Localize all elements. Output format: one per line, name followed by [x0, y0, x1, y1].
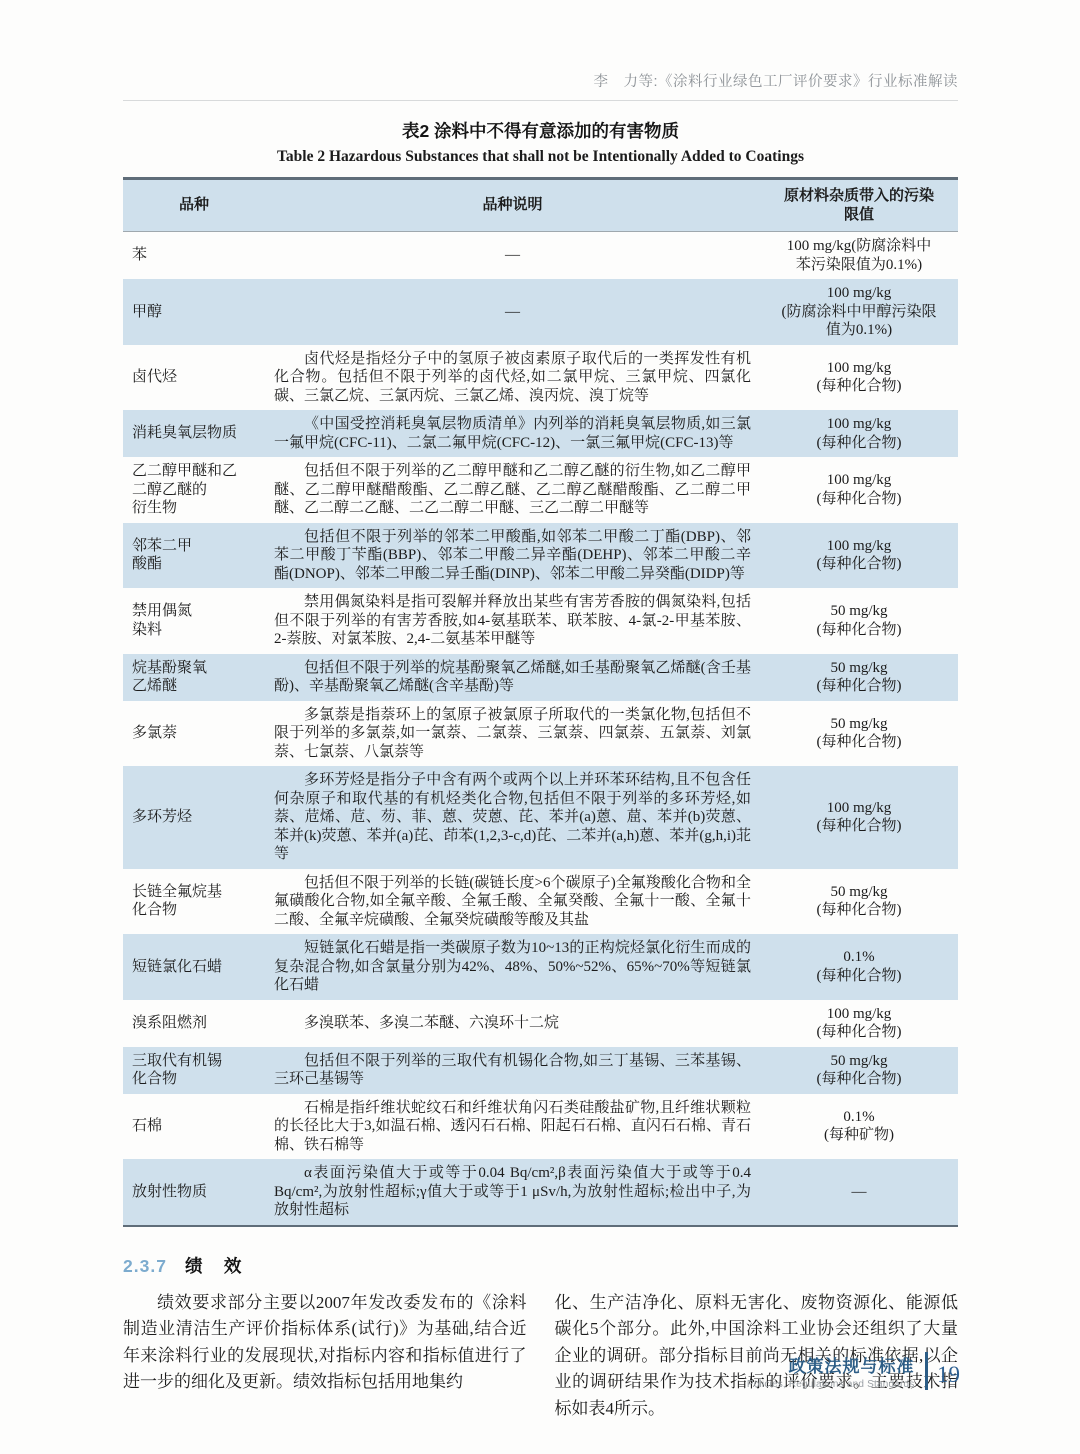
row-limit: 50 mg/kg (每种化合物): [760, 588, 958, 654]
table-row: 乙二醇甲醚和乙 二醇乙醚的 衍生物包括但不限于列举的乙二醇甲醚和乙二醇乙醚的衍生…: [123, 457, 958, 523]
section-heading: 2.3.7绩 效: [123, 1253, 958, 1278]
row-variety: 溴系阻燃剂: [123, 1000, 265, 1047]
row-description: 包括但不限于列举的三取代有机锡化合物,如三丁基锡、三苯基锡、三环己基锡等: [265, 1047, 760, 1094]
row-variety: 多氯萘: [123, 701, 265, 767]
page-footer: 政策法规与标准 Policies, Regulations and Standa…: [747, 1352, 960, 1390]
row-variety: 放射性物质: [123, 1159, 265, 1226]
row-variety: 邻苯二甲 酸酯: [123, 523, 265, 589]
running-header: 李 力等:《涂料行业绿色工厂评价要求》行业标准解读: [123, 70, 958, 91]
row-description: 包括但不限于列举的邻苯二甲酸酯,如邻苯二甲酸二丁酯(DBP)、邻苯二甲酸丁苄酯(…: [265, 523, 760, 589]
table-title-en: Table 2 Hazardous Substances that shall …: [123, 148, 958, 166]
row-variety: 烷基酚聚氧 乙烯醚: [123, 654, 265, 701]
table-row: 卤代烃卤代烃是指烃分子中的氢原子被卤素原子取代后的一类挥发性有机化合物。包括但不…: [123, 345, 958, 411]
table-row: 石棉石棉是指纤维状蛇纹石和纤维状角闪石类硅酸盐矿物,且纤维状颗粒的长径比大于3,…: [123, 1094, 958, 1160]
row-limit: 0.1% (每种化合物): [760, 934, 958, 1000]
running-header-text: 李 力等:《涂料行业绿色工厂评价要求》行业标准解读: [593, 74, 958, 90]
hazard-substances-table: 品种 品种说明 原材料杂质带入的污染 限值 苯—100 mg/kg(防腐涂料中 …: [123, 177, 958, 1227]
table-header-row: 品种 品种说明 原材料杂质带入的污染 限值: [123, 179, 958, 232]
section-2-3-7: 2.3.7绩 效 绩效要求部分主要以2007年发改委发布的《涂料制造业清洁生产评…: [123, 1253, 958, 1423]
section-title: 绩 效: [185, 1256, 244, 1276]
table-header: 品种 品种说明 原材料杂质带入的污染 限值: [123, 179, 958, 232]
row-limit: 100 mg/kg (每种化合物): [760, 457, 958, 523]
paragraph-left: 绩效要求部分主要以2007年发改委发布的《涂料制造业清洁生产评价指标体系(试行)…: [123, 1290, 527, 1396]
row-variety: 苯: [123, 232, 265, 280]
row-limit: —: [760, 1159, 958, 1226]
header-rule: [123, 100, 958, 101]
row-limit: 50 mg/kg (每种化合物): [760, 869, 958, 935]
hazard-table-body: 苯—100 mg/kg(防腐涂料中 苯污染限值为0.1%)甲醇—100 mg/k…: [123, 232, 958, 1226]
column-header-variety: 品种: [123, 179, 265, 232]
row-description: 卤代烃是指烃分子中的氢原子被卤素原子取代后的一类挥发性有机化合物。包括但不限于列…: [265, 345, 760, 411]
row-description: 包括但不限于列举的长链(碳链长度>6个碳原子)全氟羧酸化合物和全氟磺酸化合物,如…: [265, 869, 760, 935]
row-description: 多溴联苯、多溴二苯醚、六溴环十二烷: [265, 1000, 760, 1047]
row-limit: 50 mg/kg (每种化合物): [760, 654, 958, 701]
row-description: 包括但不限于列举的烷基酚聚氧乙烯醚,如壬基酚聚氧乙烯醚(含壬基酚)、辛基酚聚氧乙…: [265, 654, 760, 701]
row-variety: 长链全氟烷基 化合物: [123, 869, 265, 935]
row-description: 石棉是指纤维状蛇纹石和纤维状角闪石类硅酸盐矿物,且纤维状颗粒的长径比大于3,如温…: [265, 1094, 760, 1160]
row-limit: 50 mg/kg (每种化合物): [760, 1047, 958, 1094]
page-number: 19: [937, 1354, 960, 1388]
table-row: 放射性物质α表面污染值大于或等于0.04 Bq/cm²,β表面污染值大于或等于0…: [123, 1159, 958, 1226]
table-row: 三取代有机锡 化合物包括但不限于列举的三取代有机锡化合物,如三丁基锡、三苯基锡、…: [123, 1047, 958, 1094]
table-row: 多氯萘多氯萘是指萘环上的氢原子被氯原子所取代的一类氯化物,包括但不限于列举的多氯…: [123, 701, 958, 767]
row-description: —: [265, 232, 760, 280]
table-row: 苯—100 mg/kg(防腐涂料中 苯污染限值为0.1%): [123, 232, 958, 280]
row-limit: 50 mg/kg (每种化合物): [760, 701, 958, 767]
row-variety: 消耗臭氧层物质: [123, 410, 265, 457]
row-limit: 100 mg/kg (每种化合物): [760, 410, 958, 457]
row-limit: 100 mg/kg (每种化合物): [760, 523, 958, 589]
row-variety: 禁用偶氮 染料: [123, 588, 265, 654]
document-page: 李 力等:《涂料行业绿色工厂评价要求》行业标准解读 表2 涂料中不得有意添加的有…: [0, 0, 1080, 1454]
row-limit: 100 mg/kg (每种化合物): [760, 1000, 958, 1047]
table-row: 溴系阻燃剂多溴联苯、多溴二苯醚、六溴环十二烷100 mg/kg (每种化合物): [123, 1000, 958, 1047]
row-description: 多氯萘是指萘环上的氢原子被氯原子所取代的一类氯化物,包括但不限于列举的多氯萘,如…: [265, 701, 760, 767]
table-row: 短链氯化石蜡短链氯化石蜡是指一类碳原子数为10~13的正构烷烃氯化衍生而成的复杂…: [123, 934, 958, 1000]
footer-title-zh: 政策法规与标准: [747, 1352, 915, 1377]
table-row: 禁用偶氮 染料禁用偶氮染料是指可裂解并释放出某些有害芳香胺的偶氮染料,包括但不限…: [123, 588, 958, 654]
row-description: α表面污染值大于或等于0.04 Bq/cm²,β表面污染值大于或等于0.4 Bq…: [265, 1159, 760, 1226]
row-variety: 卤代烃: [123, 345, 265, 411]
table-row: 长链全氟烷基 化合物包括但不限于列举的长链(碳链长度>6个碳原子)全氟羧酸化合物…: [123, 869, 958, 935]
row-variety: 三取代有机锡 化合物: [123, 1047, 265, 1094]
footer-divider-bar: [925, 1352, 929, 1390]
row-variety: 短链氯化石蜡: [123, 934, 265, 1000]
table-row: 甲醇—100 mg/kg (防腐涂料中甲醇污染限 值为0.1%): [123, 279, 958, 345]
row-limit: 100 mg/kg (每种化合物): [760, 345, 958, 411]
row-description: —: [265, 279, 760, 345]
row-variety: 乙二醇甲醚和乙 二醇乙醚的 衍生物: [123, 457, 265, 523]
table-row: 消耗臭氧层物质《中国受控消耗臭氧层物质清单》内列举的消耗臭氧层物质,如三氯一氟甲…: [123, 410, 958, 457]
footer-titles: 政策法规与标准 Policies, Regulations and Standa…: [747, 1352, 915, 1390]
row-limit: 100 mg/kg(防腐涂料中 苯污染限值为0.1%): [760, 232, 958, 280]
row-description: 《中国受控消耗臭氧层物质清单》内列举的消耗臭氧层物质,如三氯一氟甲烷(CFC-1…: [265, 410, 760, 457]
row-variety: 石棉: [123, 1094, 265, 1160]
table-row: 邻苯二甲 酸酯包括但不限于列举的邻苯二甲酸酯,如邻苯二甲酸二丁酯(DBP)、邻苯…: [123, 523, 958, 589]
footer-title-en: Policies, Regulations and Standards: [747, 1379, 915, 1390]
row-description: 禁用偶氮染料是指可裂解并释放出某些有害芳香胺的偶氮染料,包括但不限于列举的有害芳…: [265, 588, 760, 654]
table-row: 烷基酚聚氧 乙烯醚包括但不限于列举的烷基酚聚氧乙烯醚,如壬基酚聚氧乙烯醚(含壬基…: [123, 654, 958, 701]
column-header-limit: 原材料杂质带入的污染 限值: [760, 179, 958, 232]
row-description: 多环芳烃是指分子中含有两个或两个以上并环苯环结构,且不包含任何杂原子和取代基的有…: [265, 766, 760, 869]
table-row: 多环芳烃多环芳烃是指分子中含有两个或两个以上并环苯环结构,且不包含任何杂原子和取…: [123, 766, 958, 869]
row-variety: 多环芳烃: [123, 766, 265, 869]
column-header-description: 品种说明: [265, 179, 760, 232]
row-description: 包括但不限于列举的乙二醇甲醚和乙二醇乙醚的衍生物,如乙二醇甲醚、乙二醇甲醚醋酸酯…: [265, 457, 760, 523]
row-description: 短链氯化石蜡是指一类碳原子数为10~13的正构烷烃氯化衍生而成的复杂混合物,如含…: [265, 934, 760, 1000]
row-variety: 甲醇: [123, 279, 265, 345]
section-number: 2.3.7: [123, 1256, 167, 1276]
row-limit: 100 mg/kg (防腐涂料中甲醇污染限 值为0.1%): [760, 279, 958, 345]
row-limit: 100 mg/kg (每种化合物): [760, 766, 958, 869]
row-limit: 0.1% (每种矿物): [760, 1094, 958, 1160]
text-column-left: 绩效要求部分主要以2007年发改委发布的《涂料制造业清洁生产评价指标体系(试行)…: [123, 1290, 527, 1423]
table-title-zh: 表2 涂料中不得有意添加的有害物质: [123, 118, 958, 143]
